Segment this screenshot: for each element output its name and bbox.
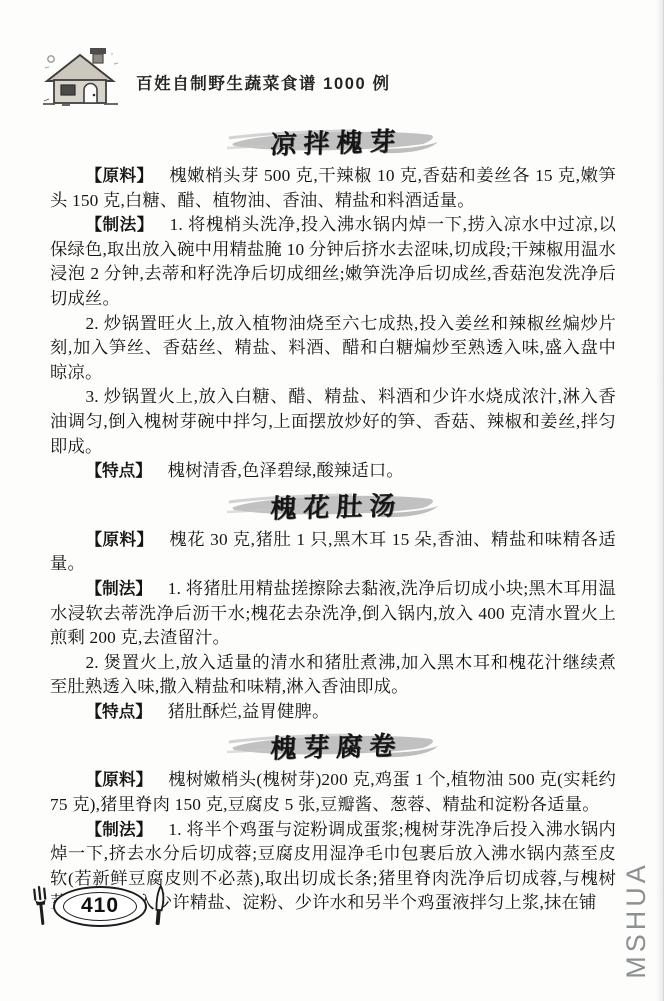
recipe-title-text: 凉拌槐芽 xyxy=(226,119,440,163)
book-header: 百姓自制野生蔬菜食谱 1000 例 xyxy=(42,46,391,108)
page-number: 410 xyxy=(81,894,119,918)
recipe-title-text: 槐芽腐卷 xyxy=(226,724,440,768)
page-edge-shadow xyxy=(656,0,664,1001)
book-page: 百姓自制野生蔬菜食谱 1000 例 凉拌槐芽 【原料】槐嫩梢头芽 500 克,干… xyxy=(0,0,664,1001)
method-label: 【制法】 xyxy=(85,579,152,598)
paragraph-text: 猪肚酥烂,益胃健脾。 xyxy=(168,702,330,721)
method-step-paragraph: 2. 煲置火上,放入适量的清水和猪肚煮沸,加入黑木耳和槐花汁继续煮至肚熟透入味,… xyxy=(50,651,616,700)
features-label: 【特点】 xyxy=(85,702,151,721)
page-footer: 410 xyxy=(32,884,168,928)
fork-icon xyxy=(32,884,50,928)
paragraph-text: 3. 炒锅置火上,放入白糖、醋、精盐、料酒和少许水烧成浓汁,淋入香油调匀,倒入槐… xyxy=(50,387,616,455)
recipe-huaihua-dutang: 槐花肚汤 【原料】槐花 30 克,猪肚 1 只,黑木耳 15 朵,香油、精盐和味… xyxy=(50,486,616,725)
brush-title: 槐芽腐卷 xyxy=(227,726,439,764)
method-step-paragraph: 2. 炒锅置旺火上,放入植物油烧至六七成热,投入姜丝和辣椒丝煸炒片刻,加入笋丝、… xyxy=(50,312,616,386)
method-label: 【制法】 xyxy=(85,215,153,234)
method-step-paragraph: 3. 炒锅置火上,放入白糖、醋、精盐、料酒和少许水烧成浓汁,淋入香油调匀,倒入槐… xyxy=(50,385,616,459)
page-content: 凉拌槐芽 【原料】槐嫩梢头芽 500 克,干辣椒 10 克,香菇和姜丝各 15 … xyxy=(50,120,616,916)
recipe-title: 槐芽腐卷 xyxy=(50,726,616,766)
features-label: 【特点】 xyxy=(85,461,151,480)
ingredients-label: 【原料】 xyxy=(85,770,152,789)
ingredients-paragraph: 【原料】槐树嫩梢头(槐树芽)200 克,鸡蛋 1 个,植物油 500 克(实耗约… xyxy=(50,768,616,817)
knife-icon xyxy=(150,884,168,928)
method-paragraph: 【制法】1. 将猪肚用精盐搓擦除去黏液,洗净后切成小块;黑木耳用温水浸软去蒂洗净… xyxy=(50,577,616,651)
ingredients-paragraph: 【原料】槐嫩梢头芽 500 克,干辣椒 10 克,香菇和姜丝各 15 克,嫩笋头… xyxy=(50,164,616,213)
ingredients-label: 【原料】 xyxy=(85,530,153,549)
method-paragraph: 【制法】1. 将槐梢头洗净,投入沸水锅内焯一下,捞入凉水中过凉,以保绿色,取出放… xyxy=(50,213,616,311)
features-paragraph: 【特点】猪肚酥烂,益胃健脾。 xyxy=(50,700,616,725)
paragraph-text: 槐树清香,色泽碧绿,酸辣适口。 xyxy=(168,461,404,480)
paragraph-text: 2. 煲置火上,放入适量的清水和猪肚煮沸,加入黑木耳和槐花汁继续煮至肚熟透入味,… xyxy=(50,653,616,697)
paragraph-text: 2. 炒锅置旺火上,放入植物油烧至六七成热,投入姜丝和辣椒丝煸炒片刻,加入笋丝、… xyxy=(50,314,616,382)
brush-title: 槐花肚汤 xyxy=(227,486,439,524)
ingredients-paragraph: 【原料】槐花 30 克,猪肚 1 只,黑木耳 15 朵,香油、精盐和味精各适量。 xyxy=(50,528,616,577)
features-paragraph: 【特点】槐树清香,色泽碧绿,酸辣适口。 xyxy=(50,459,616,484)
house-icon xyxy=(42,46,120,108)
brush-title: 凉拌槐芽 xyxy=(227,122,439,160)
book-title: 百姓自制野生蔬菜食谱 1000 例 xyxy=(136,70,391,108)
recipe-liangban-huaiya: 凉拌槐芽 【原料】槐嫩梢头芽 500 克,干辣椒 10 克,香菇和姜丝各 15 … xyxy=(50,122,616,484)
method-label: 【制法】 xyxy=(85,820,152,839)
recipe-title-text: 槐花肚汤 xyxy=(226,483,440,527)
plate-oval: 410 xyxy=(53,886,147,927)
recipe-title: 槐花肚汤 xyxy=(50,486,616,526)
page-watermark: MSHUA xyxy=(621,839,653,1001)
recipe-title: 凉拌槐芽 xyxy=(50,122,616,162)
ingredients-label: 【原料】 xyxy=(85,166,153,185)
